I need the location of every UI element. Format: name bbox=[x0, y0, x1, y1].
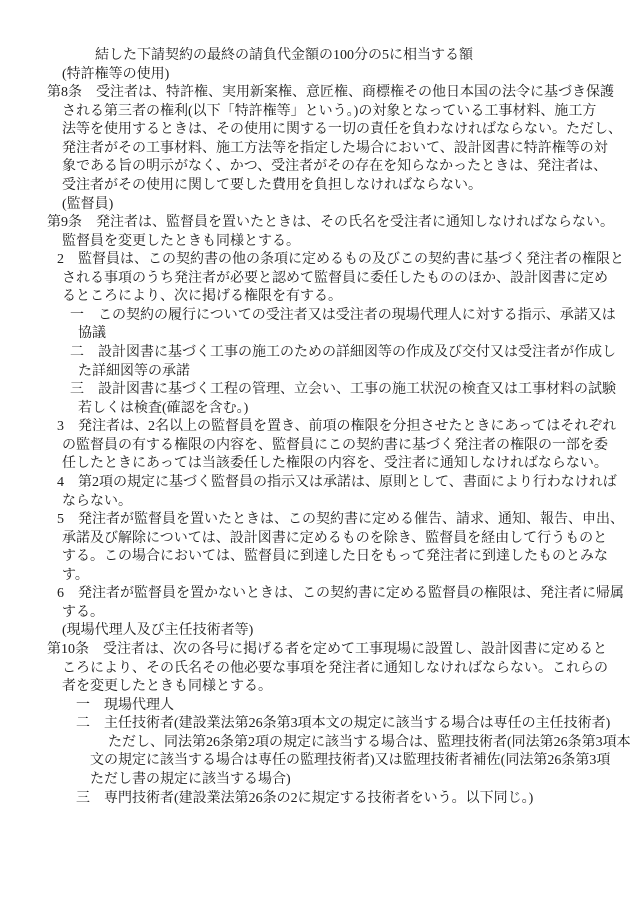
document-line: 第9条 発注者は、監督員を置いたときは、その氏名を受注者に通知しなければならない… bbox=[47, 214, 630, 233]
document-line: される第三者の権利(以下「特許権等」という。)の対象となっている工事材料、施工方 bbox=[62, 103, 630, 122]
document-line: する。この場合においては、監督員に到達した日をもって発注者に到達したものとみな bbox=[62, 548, 630, 567]
document-line: 若しくは検査(確認を含む。) bbox=[78, 400, 630, 419]
document-line: の監督員の有する権限の内容を、監督員にこの契約書に基づく発注者の権限の一部を委 bbox=[62, 437, 630, 456]
document-line: 一 現場代理人 bbox=[76, 697, 630, 716]
document-line: (特許権等の使用) bbox=[62, 66, 630, 85]
document-line: 三 専門技術者(建設業法第26条の2に規定する技術者をいう。以下同じ。) bbox=[76, 790, 630, 809]
document-page: 結した下請契約の最終の請負代金額の100分の5に相当する額(特許権等の使用)第8… bbox=[0, 0, 630, 903]
document-line: 発注者がその工事材料、施工方法等を指定した場合において、設計図書に特許権等の対 bbox=[62, 140, 630, 159]
document-line: 2 監督員は、この契約書の他の条項に定めるもの及びこの契約書に基づく発注者の権限… bbox=[57, 251, 630, 270]
document-line: (現場代理人及び主任技術者等) bbox=[62, 622, 630, 641]
document-line: ころにより、その氏名その他必要な事項を発注者に通知しなければならない。これらの bbox=[62, 660, 630, 679]
document-line: ただし書の規定に該当する場合) bbox=[90, 771, 630, 790]
document-line: 監督員を変更したときも同様とする。 bbox=[62, 233, 630, 252]
document-line: 3 発注者は、2名以上の監督員を置き、前項の権限を分担させたときにあってはそれぞ… bbox=[57, 418, 630, 437]
document-line: する。 bbox=[62, 604, 630, 623]
document-line: 協議 bbox=[78, 325, 630, 344]
document-line: 二 主任技術者(建設業法第26条第3項本文の規定に該当する場合は専任の主任技術者… bbox=[76, 715, 630, 734]
document-line: るところにより、次に掲げる権限を有する。 bbox=[62, 288, 630, 307]
document-line: 受注者がその使用に関して要した費用を負担しなければならない。 bbox=[62, 177, 630, 196]
document-line: 象である旨の明示がなく、かつ、受注者がその存在を知らなかったときは、発注者は、 bbox=[62, 158, 630, 177]
document-line: 三 設計図書に基づく工程の管理、立会い、工事の施工状況の検査又は工事材料の試験 bbox=[70, 381, 630, 400]
document-line: す。 bbox=[62, 567, 630, 586]
document-line: 4 第2項の規定に基づく監督員の指示又は承諾は、原則として、書面により行わなけれ… bbox=[57, 474, 630, 493]
document-line: される事項のうち発注者が必要と認めて監督員に委任したもののほか、設計図書に定め bbox=[62, 270, 630, 289]
document-line: ただし、同法第26条第2項の規定に該当する場合は、監理技術者(同法第26条第3項… bbox=[108, 734, 630, 753]
document-line: 第10条 受注者は、次の各号に掲げる者を定めて工事現場に設置し、設計図書に定める… bbox=[47, 641, 630, 660]
document-line: 者を変更したときも同様とする。 bbox=[62, 678, 630, 697]
document-line: 6 発注者が監督員を置かないときは、この契約書に定める監督員の権限は、発注者に帰… bbox=[57, 585, 630, 604]
document-line: 5 発注者が監督員を置いたときは、この契約書に定める催告、請求、通知、報告、申出… bbox=[57, 511, 630, 530]
contract-text-body: 結した下請契約の最終の請負代金額の100分の5に相当する額(特許権等の使用)第8… bbox=[0, 47, 630, 808]
document-line: (監督員) bbox=[62, 196, 630, 215]
document-line: 第8条 受注者は、特許権、実用新案権、意匠権、商標権その他日本国の法令に基づき保… bbox=[47, 84, 630, 103]
document-line: 一 この契約の履行についての受注者又は受注者の現場代理人に対する指示、承諾又は bbox=[70, 307, 630, 326]
document-line: 結した下請契約の最終の請負代金額の100分の5に相当する額 bbox=[95, 47, 630, 66]
document-line: 文の規定に該当する場合は専任の監理技術者)又は監理技術者補佐(同法第26条第3項 bbox=[90, 752, 630, 771]
document-line: 任したときにあっては当該委任した権限の内容を、受注者に通知しなければならない。 bbox=[62, 455, 630, 474]
document-line: 法等を使用するときは、その使用に関する一切の責任を負わなければならない。ただし、 bbox=[62, 121, 630, 140]
document-line: 承諾及び解除については、設計図書に定めるものを除き、監督員を経由して行うものと bbox=[62, 530, 630, 549]
document-line: 二 設計図書に基づく工事の施工のための詳細図等の作成及び交付又は受注者が作成し bbox=[70, 344, 630, 363]
document-line: ならない。 bbox=[62, 493, 630, 512]
document-line: た詳細図等の承諾 bbox=[78, 363, 630, 382]
